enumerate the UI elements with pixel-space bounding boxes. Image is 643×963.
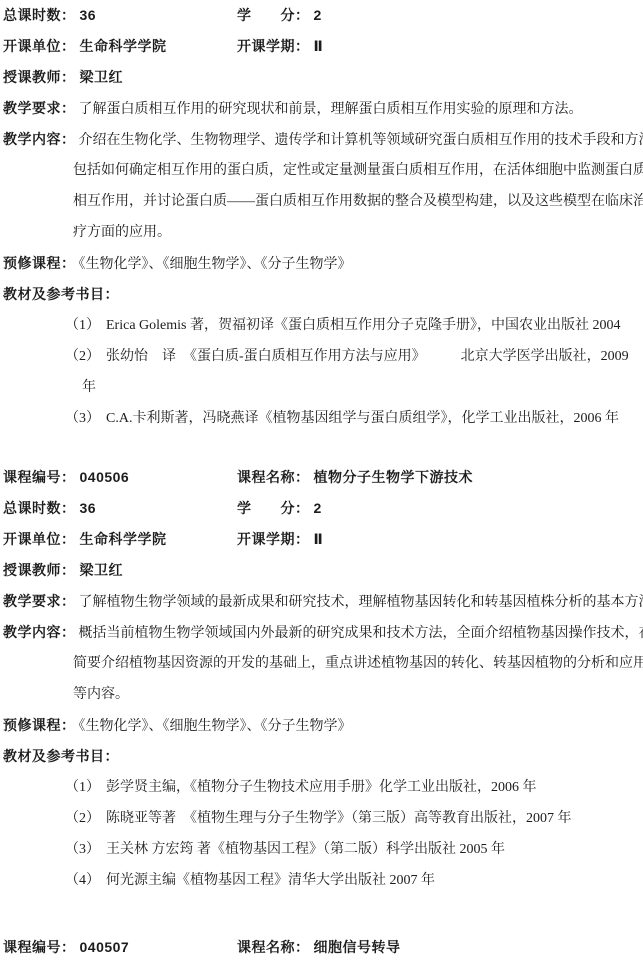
teaching-content-label: 教学内容： xyxy=(3,624,76,640)
course-id-label: 课程编号： xyxy=(3,469,76,485)
teaching-content-line: 介绍在生物化学、生物物理学、遗传学和计算机等领域研究蛋白质相互作用的技术手段和方… xyxy=(76,133,643,148)
teaching-requirement-text: 了解植物生物学领域的最新成果和研究技术，理解植物基因转化和转基因植株分析的基本方… xyxy=(76,595,643,610)
unit-value: 生命科学学院 xyxy=(76,38,167,54)
book-item-text: C.A.卡利斯著，冯晓燕译《植物基因组学与蛋白质组学》，化学工业出版社，2006… xyxy=(106,411,619,426)
book-item-text: 何光源主编《植物基因工程》清华大学出版社 2007 年 xyxy=(106,873,435,888)
unit-semester-row: 开课单位：生命科学学院 开课学期：Ⅱ xyxy=(3,31,643,62)
teaching-content-row: 教学内容：介绍在生物化学、生物物理学、遗传学和计算机等领域研究蛋白质相互作用的技… xyxy=(3,124,643,155)
course-id-label: 课程编号： xyxy=(3,939,76,955)
course-id-value: 040506 xyxy=(76,469,130,485)
course-id-field: 课程编号：040507 xyxy=(3,941,129,956)
teaching-content-line: 相互作用，并讨论蛋白质——蛋白质相互作用数据的整合及模型构建，以及这些模型在临床… xyxy=(3,186,643,217)
course-name-value: 细胞信号转导 xyxy=(310,939,401,955)
credit-field: 学 分：2 xyxy=(237,0,322,32)
credit-value: 2 xyxy=(310,7,322,23)
book-item-text: 彭学贤主编，《植物分子生物技术应用手册》化学工业出版社，2006 年 xyxy=(106,780,537,795)
unit-field: 开课单位：生命科学学院 xyxy=(3,40,167,55)
course-id-value: 040507 xyxy=(76,939,130,955)
course-section-1: 总课时数：36 学 分：2 开课单位：生命科学学院 开课学期：Ⅱ 授课教师：梁卫… xyxy=(3,0,643,434)
book-item-number: （3） xyxy=(65,842,106,857)
book-item-text: Erica Golemis 著，贺福初译《蛋白质相互作用分子克隆手册》，中国农业… xyxy=(106,318,620,333)
teaching-content-line: 简要介绍植物基因资源的开发的基础上，重点讲述植物基因的转化、转基因植物的分析和应… xyxy=(3,648,643,679)
book-item-number: （4） xyxy=(65,873,106,888)
course-name-label: 课程名称： xyxy=(237,469,310,485)
book-item-text: 陈晓亚等著 《植物生理与分子生物学》（第三版）高等教育出版社，2007 年 xyxy=(106,811,572,826)
book-item-number: （1） xyxy=(65,318,106,333)
total-hours-field: 总课时数：36 xyxy=(3,9,96,24)
book-item-number: （3） xyxy=(65,411,106,426)
prerequisite-text: 《生物化学》、《细胞生物学》、《分子生物学》 xyxy=(76,719,352,734)
teaching-content-line: 等内容。 xyxy=(3,679,643,710)
teaching-content-line: 包括如何确定相互作用的蛋白质，定性或定量测量蛋白质相互作用，在活体细胞中监测蛋白… xyxy=(3,155,643,186)
semester-value: Ⅱ xyxy=(310,38,324,54)
semester-field: 开课学期：Ⅱ xyxy=(237,31,323,63)
semester-label: 开课学期： xyxy=(237,38,310,54)
teacher-label: 授课教师： xyxy=(3,69,76,85)
book-item-text: 张幼怡 译 《蛋白质-蛋白质相互作用方法与应用》 北京大学医学出版社，2009 xyxy=(106,349,629,364)
unit-value: 生命科学学院 xyxy=(76,531,167,547)
credit-field: 学 分：2 xyxy=(237,493,322,525)
teaching-requirement-label: 教学要求： xyxy=(3,593,76,609)
course-name-field: 课程名称：细胞信号转导 xyxy=(237,932,401,963)
books-header-row: 教材及参考书目： xyxy=(3,741,643,772)
teaching-requirement-row: 教学要求：了解蛋白质相互作用的研究现状和前景，理解蛋白质相互作用实验的原理和方法… xyxy=(3,93,643,124)
prerequisite-text: 《生物化学》、《细胞生物学》、《分子生物学》 xyxy=(76,257,352,272)
books-label: 教材及参考书目： xyxy=(3,286,119,302)
credit-label: 学 分： xyxy=(237,500,310,516)
teacher-label: 授课教师： xyxy=(3,562,76,578)
course-name-label: 课程名称： xyxy=(237,939,310,955)
hours-credit-row: 总课时数：36 学 分：2 xyxy=(3,493,643,524)
course-section-2: 课程编号：040506 课程名称：植物分子生物学下游技术 总课时数：36 学 分… xyxy=(3,462,643,896)
unit-semester-row: 开课单位：生命科学学院 开课学期：Ⅱ xyxy=(3,524,643,555)
prerequisite-row: 预修课程：《生物化学》、《细胞生物学》、《分子生物学》 xyxy=(3,248,643,279)
total-hours-value: 36 xyxy=(76,7,97,23)
semester-label: 开课学期： xyxy=(237,531,310,547)
total-hours-label: 总课时数： xyxy=(3,500,76,516)
prerequisite-label: 预修课程： xyxy=(3,255,76,271)
book-item: （3）C.A.卡利斯著，冯晓燕译《植物基因组学与蛋白质组学》，化学工业出版社，2… xyxy=(3,403,643,434)
book-item: （1）Erica Golemis 著，贺福初译《蛋白质相互作用分子克隆手册》，中… xyxy=(3,310,643,341)
total-hours-value: 36 xyxy=(76,500,97,516)
hours-credit-row: 总课时数：36 学 分：2 xyxy=(3,0,643,31)
unit-field: 开课单位：生命科学学院 xyxy=(3,533,167,548)
course-name-value: 植物分子生物学下游技术 xyxy=(310,469,474,485)
semester-field: 开课学期：Ⅱ xyxy=(237,524,323,556)
book-item: （4）何光源主编《植物基因工程》清华大学出版社 2007 年 xyxy=(3,865,643,896)
book-item: （2）张幼怡 译 《蛋白质-蛋白质相互作用方法与应用》 北京大学医学出版社，20… xyxy=(3,341,643,372)
book-item: （2）陈晓亚等著 《植物生理与分子生物学》（第三版）高等教育出版社，2007 年 xyxy=(3,803,643,834)
teacher-row: 授课教师：梁卫红 xyxy=(3,62,643,93)
course-name-field: 课程名称：植物分子生物学下游技术 xyxy=(237,462,473,494)
prerequisite-label: 预修课程： xyxy=(3,717,76,733)
teacher-value: 梁卫红 xyxy=(76,69,124,85)
course-catalog-page: 总课时数：36 学 分：2 开课单位：生命科学学院 开课学期：Ⅱ 授课教师：梁卫… xyxy=(0,0,643,963)
total-hours-field: 总课时数：36 xyxy=(3,502,96,517)
course-section-3: 课程编号：040507 课程名称：细胞信号转导 xyxy=(3,932,643,963)
books-label: 教材及参考书目： xyxy=(3,748,119,764)
book-item-number: （2） xyxy=(65,811,106,826)
credit-label: 学 分： xyxy=(237,7,310,23)
books-header-row: 教材及参考书目： xyxy=(3,279,643,310)
book-item-number: （1） xyxy=(65,780,106,795)
teaching-content-row: 教学内容：概括当前植物生物学领域国内外最新的研究成果和技术方法，全面介绍植物基因… xyxy=(3,617,643,648)
course-id-name-row: 课程编号：040507 课程名称：细胞信号转导 xyxy=(3,932,643,963)
book-item: （3）王关林 方宏筠 著《植物基因工程》（第二版）科学出版社 2005 年 xyxy=(3,834,643,865)
book-item-continuation: 年 xyxy=(3,372,643,403)
semester-value: Ⅱ xyxy=(310,531,324,547)
book-item: （1）彭学贤主编，《植物分子生物技术应用手册》化学工业出版社，2006 年 xyxy=(3,772,643,803)
unit-label: 开课单位： xyxy=(3,38,76,54)
book-item-text: 王关林 方宏筠 著《植物基因工程》（第二版）科学出版社 2005 年 xyxy=(106,842,505,857)
teaching-content-line: 概括当前植物生物学领域国内外最新的研究成果和技术方法，全面介绍植物基因操作技术，… xyxy=(76,626,643,641)
teaching-requirement-row: 教学要求：了解植物生物学领域的最新成果和研究技术，理解植物基因转化和转基因植株分… xyxy=(3,586,643,617)
teacher-row: 授课教师：梁卫红 xyxy=(3,555,643,586)
unit-label: 开课单位： xyxy=(3,531,76,547)
prerequisite-row: 预修课程：《生物化学》、《细胞生物学》、《分子生物学》 xyxy=(3,710,643,741)
teaching-content-label: 教学内容： xyxy=(3,131,76,147)
teaching-requirement-label: 教学要求： xyxy=(3,100,76,116)
teacher-value: 梁卫红 xyxy=(76,562,124,578)
teaching-content-line: 疗方面的应用。 xyxy=(3,217,643,248)
book-item-number: （2） xyxy=(65,349,106,364)
course-id-field: 课程编号：040506 xyxy=(3,471,129,486)
total-hours-label: 总课时数： xyxy=(3,7,76,23)
course-id-name-row: 课程编号：040506 课程名称：植物分子生物学下游技术 xyxy=(3,462,643,493)
credit-value: 2 xyxy=(310,500,322,516)
teaching-requirement-text: 了解蛋白质相互作用的研究现状和前景，理解蛋白质相互作用实验的原理和方法。 xyxy=(76,102,583,117)
